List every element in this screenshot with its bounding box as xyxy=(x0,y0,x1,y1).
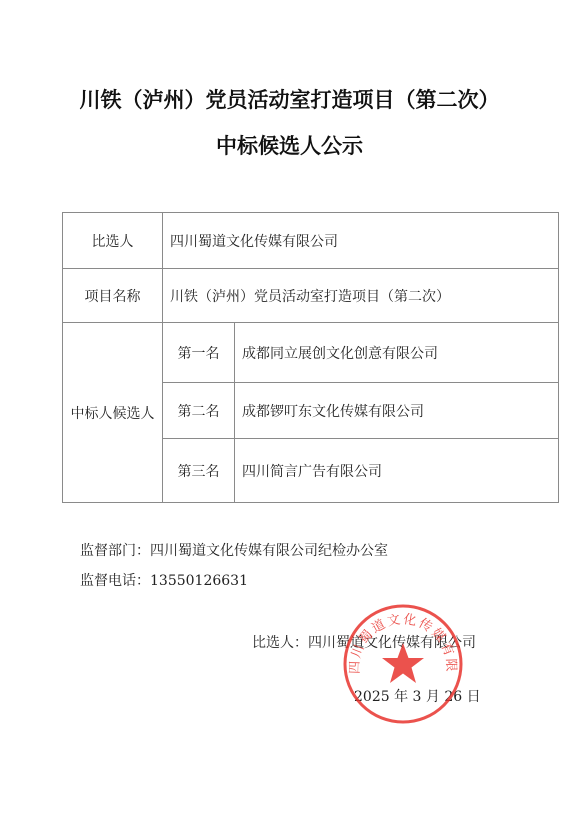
candidate-name: 四川简言广告有限公司 xyxy=(235,439,559,503)
candidate-table: 比选人 四川蜀道文化传媒有限公司 项目名称 川铁（泸州）党员活动室打造项目（第二… xyxy=(62,212,559,503)
project-label: 项目名称 xyxy=(63,269,163,323)
candidate-rank: 第三名 xyxy=(163,439,235,503)
table-row: 项目名称 川铁（泸州）党员活动室打造项目（第二次） xyxy=(63,269,559,323)
supervision-department: 监督部门：四川蜀道文化传媒有限公司纪检办公室 xyxy=(80,540,388,560)
candidate-name: 成都同立展创文化创意有限公司 xyxy=(235,323,559,383)
selector-label: 比选人 xyxy=(63,213,163,269)
official-seal: 四川蜀道文化传媒有限公司 xyxy=(342,603,464,725)
selector-value: 四川蜀道文化传媒有限公司 xyxy=(163,213,559,269)
table-row: 比选人 四川蜀道文化传媒有限公司 xyxy=(63,213,559,269)
candidate-name: 成都锣叮东文化传媒有限公司 xyxy=(235,383,559,439)
candidate-rank: 第二名 xyxy=(163,383,235,439)
candidates-label: 中标人候选人 xyxy=(63,323,163,503)
project-value: 川铁（泸州）党员活动室打造项目（第二次） xyxy=(163,269,559,323)
candidate-rank: 第一名 xyxy=(163,323,235,383)
supervision-phone: 监督电话：13550126631 xyxy=(80,570,248,590)
star-icon xyxy=(382,643,424,683)
document-subtitle: 中标候选人公示 xyxy=(0,130,579,160)
document-title: 川铁（泸州）党员活动室打造项目（第二次） xyxy=(0,84,579,114)
table-row: 中标人候选人 第一名 成都同立展创文化创意有限公司 xyxy=(63,323,559,383)
